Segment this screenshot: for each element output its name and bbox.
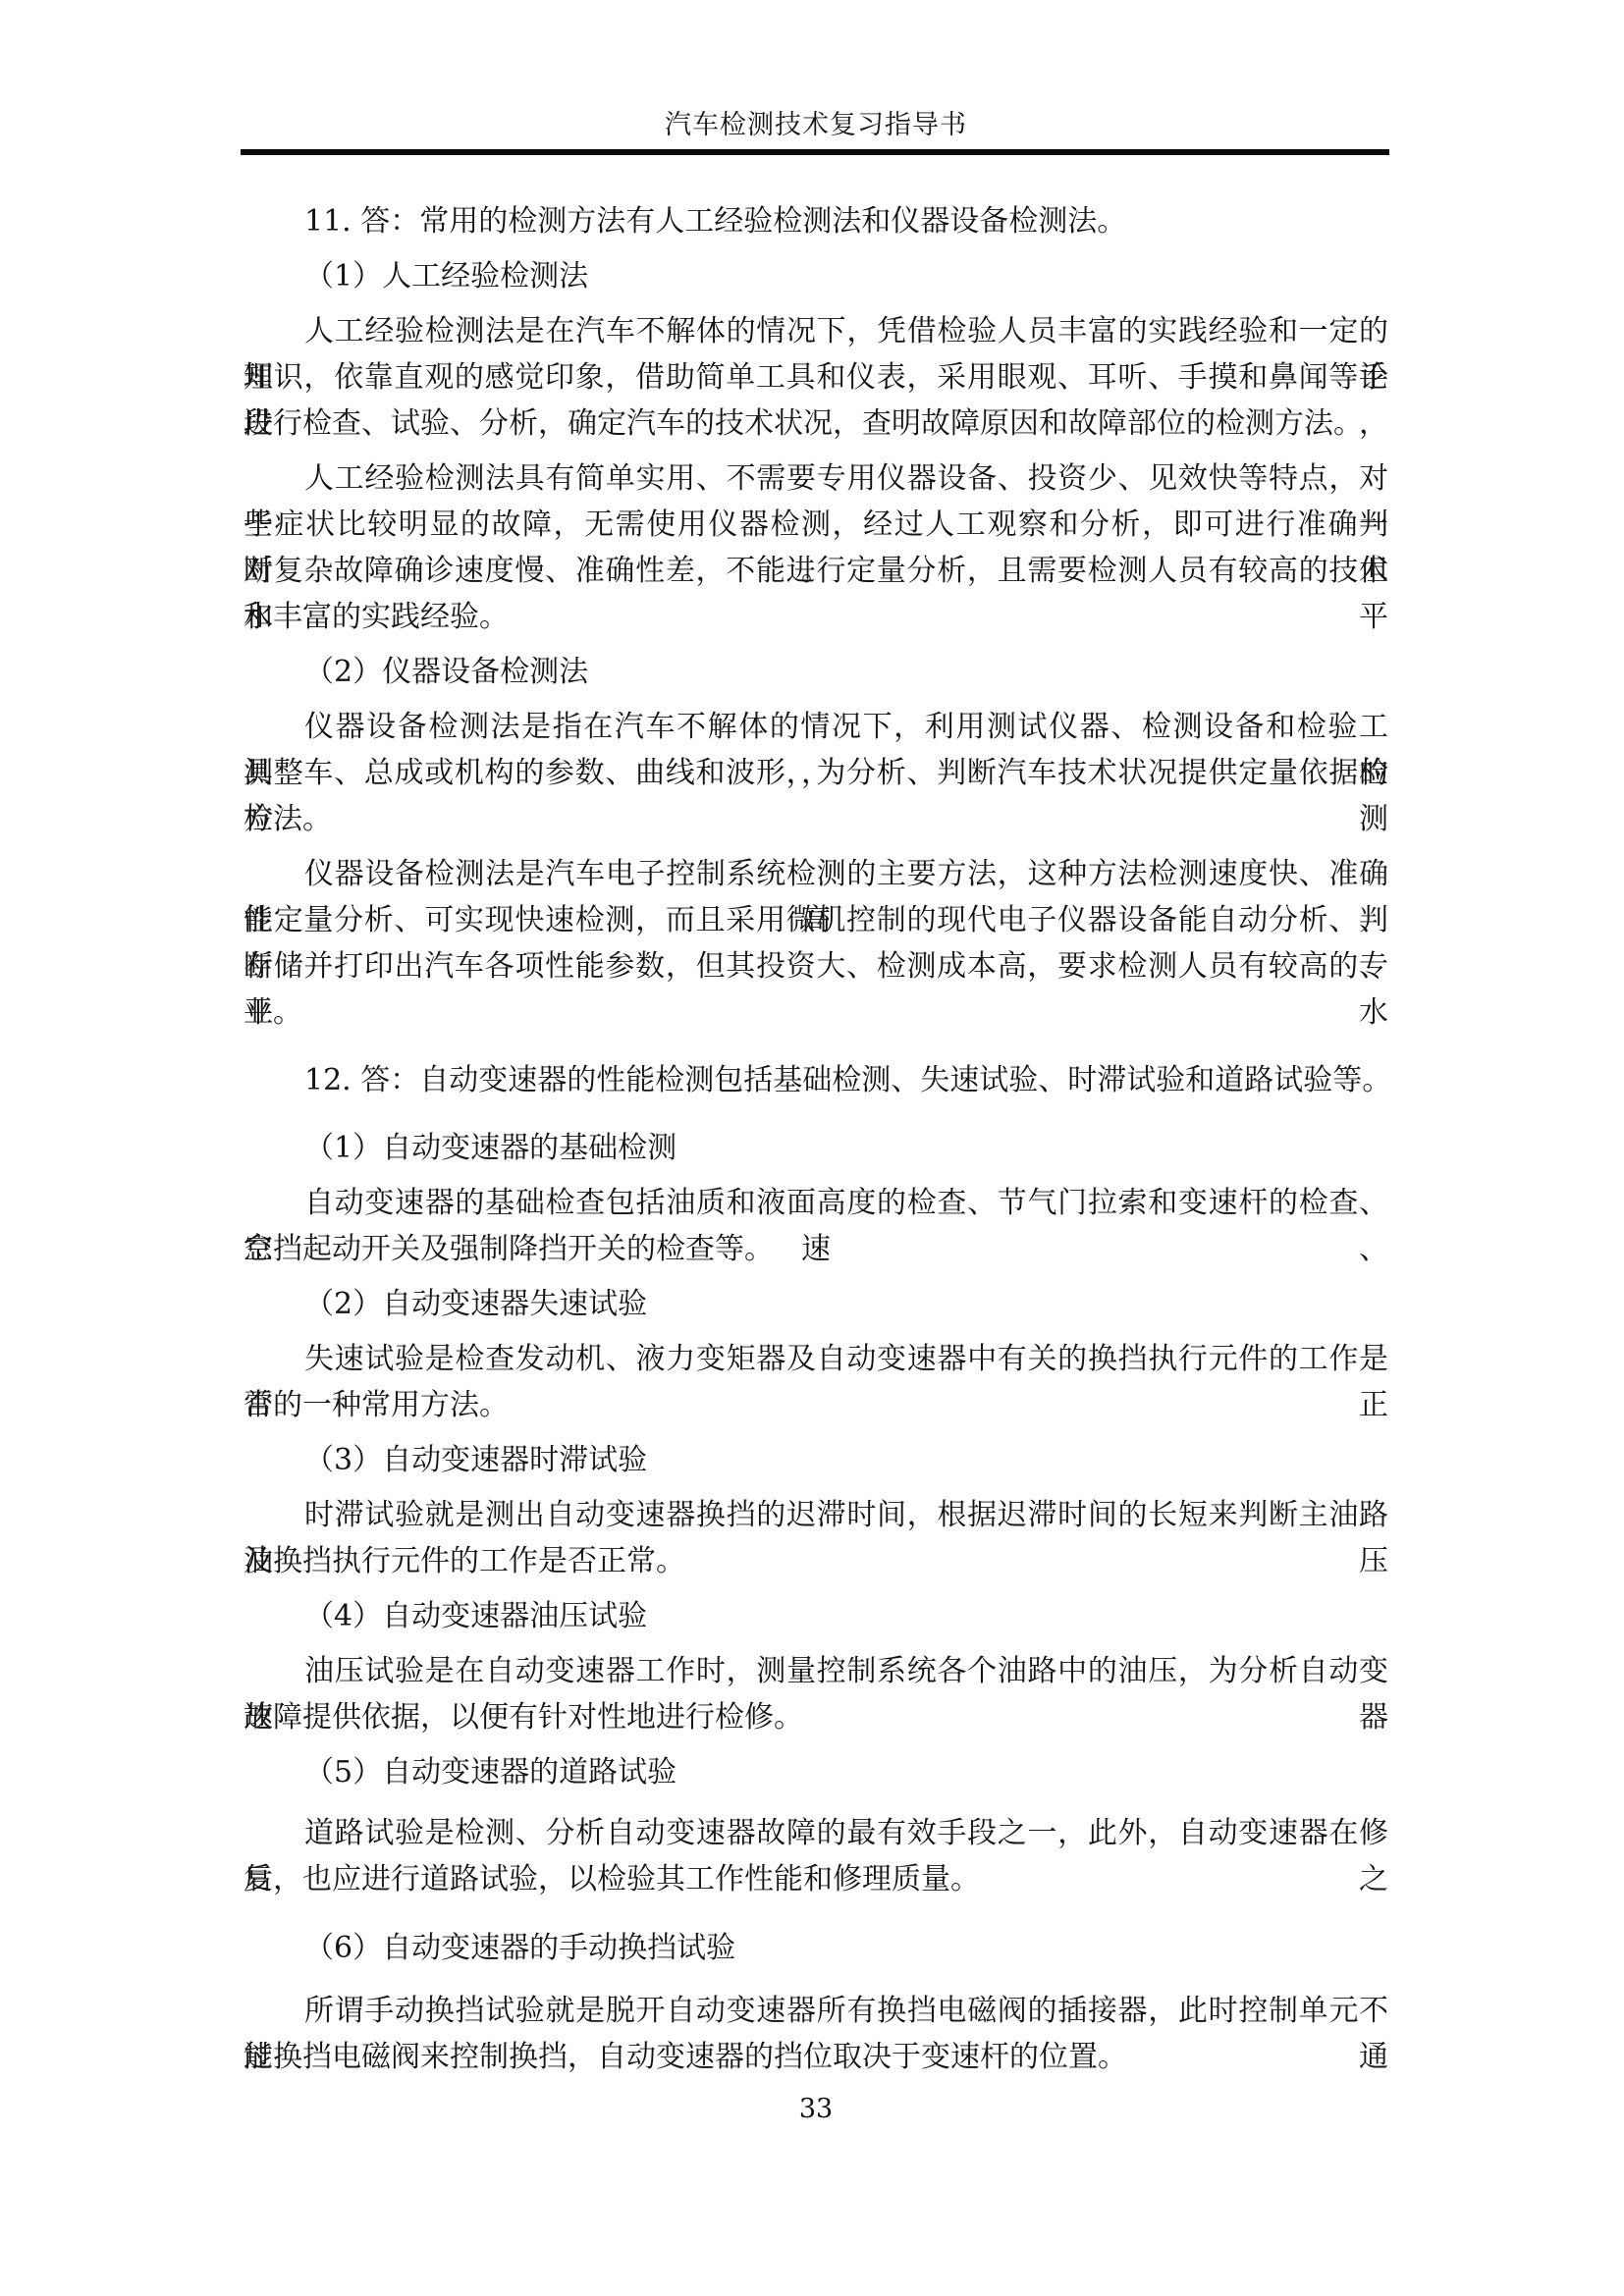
text-line: （6）自动变速器的手动换挡试验 (244, 1925, 1388, 1971)
header-rule (241, 149, 1389, 155)
text-line: （2）自动变速器失速试验 (244, 1281, 1388, 1327)
page-number: 33 (244, 2095, 1388, 2124)
text-line: 自动变速器的基础检查包括油质和液面高度的检查、节气门拉索和变速杆的检查、怠速、 (244, 1180, 1388, 1226)
text-line: （1）人工经验检测法 (244, 253, 1388, 299)
text-line: 所谓手动换挡试验就是脱开自动变速器所有换挡电磁阀的插接器，此时控制单元不能通 (244, 1988, 1388, 2034)
text-line: 知识，依靠直观的感觉印象，借助简单工具和仪表，采用眼观、耳听、手摸和鼻闻等手段， (244, 354, 1388, 400)
paragraph-12-3: 时滞试验就是测出自动变速器换挡的迟滞时间，根据迟滞时间的长短来判断主油路油压及换… (244, 1492, 1388, 1584)
text-line: 12. 答：自动变速器的性能检测包括基础检测、失速试验、时滞试验和道路试验等。 (244, 1057, 1388, 1103)
text-line: （1）自动变速器的基础检测 (244, 1125, 1388, 1171)
text-line: 对复杂故障确诊速度慢、准确性差，不能进行定量分析，且需要检测人员有较高的技术水平 (244, 548, 1388, 594)
paragraph-12-2: 失速试验是检查发动机、液力变矩器及自动变速器中有关的换挡执行元件的工作是否正常的… (244, 1336, 1388, 1428)
text-line: 人工经验检测法是在汽车不解体的情况下，凭借检验人员丰富的实践经验和一定的理论 (244, 308, 1388, 354)
heading-11-1: （1）人工经验检测法 (244, 253, 1388, 299)
paragraph-11-2a: 仪器设备检测法是指在汽车不解体的情况下，利用测试仪器、检测设备和检验工具，检测整… (244, 704, 1388, 842)
answer-12-intro: 12. 答：自动变速器的性能检测包括基础检测、失速试验、时滞试验和道路试验等。 (244, 1057, 1388, 1103)
text-line: 存储并打印出汽车各项性能参数，但其投资大、检测成本高，要求检测人员有较高的专业水 (244, 943, 1388, 989)
heading-12-5: （5）自动变速器的道路试验 (244, 1749, 1388, 1795)
heading-12-1: （1）自动变速器的基础检测 (244, 1125, 1388, 1171)
document-body: 11. 答：常用的检测方法有人工经验检测法和仪器设备检测法。（1）人工经验检测法… (244, 198, 1388, 2080)
header-title: 汽车检测技术复习指导书 (244, 110, 1388, 141)
text-line: 仪器设备检测法是指在汽车不解体的情况下，利用测试仪器、检测设备和检验工具，检 (244, 704, 1388, 750)
paragraph-12-1: 自动变速器的基础检查包括油质和液面高度的检查、节气门拉索和变速杆的检查、怠速、空… (244, 1180, 1388, 1272)
heading-11-2: （2）仪器设备检测法 (244, 649, 1388, 695)
text-line: 测整车、总成或机构的参数、曲线和波形，为分析、判断汽车技术状况提供定量依据的检测 (244, 750, 1388, 796)
text-line: 些症状比较明显的故障，无需使用仪器检测，经过人工观察和分析，即可进行准确判断。但 (244, 502, 1388, 548)
text-line: 时滞试验就是测出自动变速器换挡的迟滞时间，根据迟滞时间的长短来判断主油路油压 (244, 1492, 1388, 1538)
document-page: 汽车检测技术复习指导书 11. 答：常用的检测方法有人工经验检测法和仪器设备检测… (0, 0, 1624, 2296)
text-line: 人工经验检测法具有简单实用、不需要专用仪器设备、投资少、见效快等特点，对于一 (244, 455, 1388, 502)
text-line: （3）自动变速器时滞试验 (244, 1437, 1388, 1483)
heading-12-6: （6）自动变速器的手动换挡试验 (244, 1925, 1388, 1971)
text-line: 道路试验是检测、分析自动变速器故障的最有效手段之一，此外，自动变速器在修复之 (244, 1810, 1388, 1856)
heading-12-4: （4）自动变速器油压试验 (244, 1593, 1388, 1639)
answer-11-intro: 11. 答：常用的检测方法有人工经验检测法和仪器设备检测法。 (244, 198, 1388, 244)
paragraph-12-4: 油压试验是在自动变速器工作时，测量控制系统各个油路中的油压，为分析自动变速器故障… (244, 1648, 1388, 1740)
text-line: （4）自动变速器油压试验 (244, 1593, 1388, 1639)
text-line: 失速试验是检查发动机、液力变矩器及自动变速器中有关的换挡执行元件的工作是否正 (244, 1336, 1388, 1382)
text-line: 11. 答：常用的检测方法有人工经验检测法和仪器设备检测法。 (244, 198, 1388, 244)
text-line: 仪器设备检测法是汽车电子控制系统检测的主要方法，这种方法检测速度快、准确性高、 (244, 851, 1388, 897)
paragraph-12-6: 所谓手动换挡试验就是脱开自动变速器所有换挡电磁阀的插接器，此时控制单元不能通过换… (244, 1988, 1388, 2080)
text-line: 能定量分析、可实现快速检测，而且采用微机控制的现代电子仪器设备能自动分析、判断、 (244, 897, 1388, 943)
paragraph-11-1a: 人工经验检测法是在汽车不解体的情况下，凭借检验人员丰富的实践经验和一定的理论知识… (244, 308, 1388, 447)
paragraph-11-2b: 仪器设备检测法是汽车电子控制系统检测的主要方法，这种方法检测速度快、准确性高、能… (244, 851, 1388, 1036)
paragraph-12-5: 道路试验是检测、分析自动变速器故障的最有效手段之一，此外，自动变速器在修复之后，… (244, 1810, 1388, 1902)
text-line: （2）仪器设备检测法 (244, 649, 1388, 695)
text-line: 进行检查、试验、分析，确定汽车的技术状况，查明故障原因和故障部位的检测方法。 (244, 400, 1388, 447)
heading-12-2: （2）自动变速器失速试验 (244, 1281, 1388, 1327)
text-line: 油压试验是在自动变速器工作时，测量控制系统各个油路中的油压，为分析自动变速器 (244, 1648, 1388, 1694)
text-line: （5）自动变速器的道路试验 (244, 1749, 1388, 1795)
heading-12-3: （3）自动变速器时滞试验 (244, 1437, 1388, 1483)
paragraph-11-1b: 人工经验检测法具有简单实用、不需要专用仪器设备、投资少、见效快等特点，对于一些症… (244, 455, 1388, 640)
